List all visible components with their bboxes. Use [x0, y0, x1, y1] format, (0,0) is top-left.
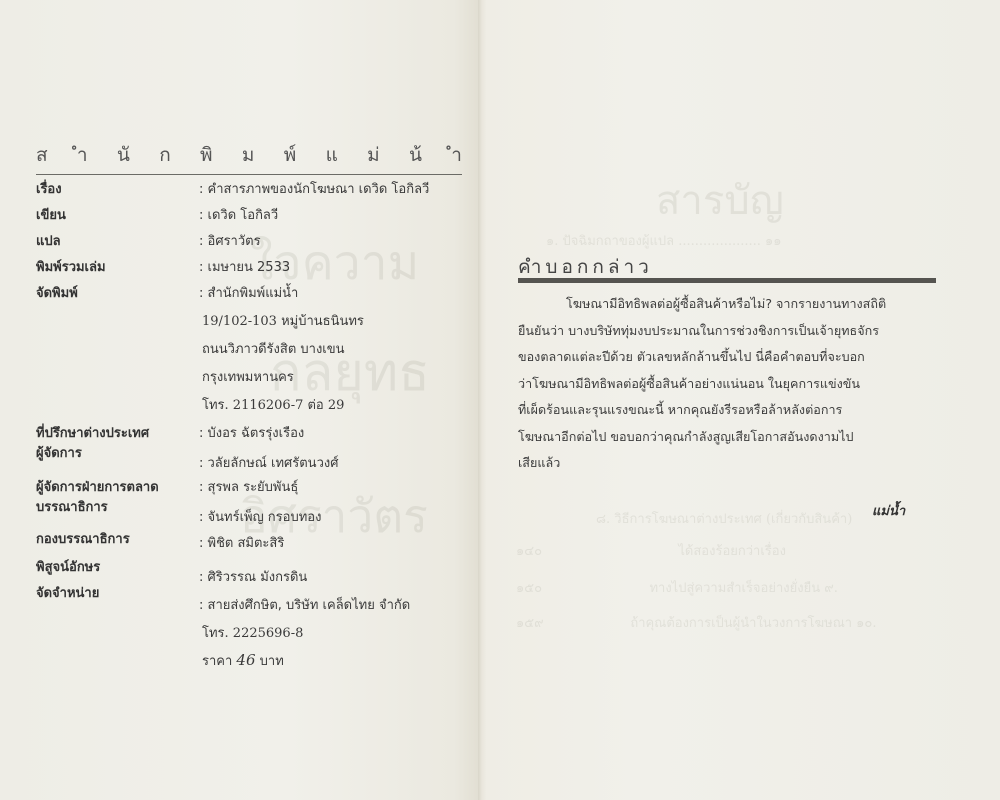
colophon-row-price: ราคา 46 บาท	[36, 650, 476, 676]
header-letter: ม	[242, 140, 255, 170]
colophon-label: ผู้จัดการฝ่ายการตลาด	[36, 476, 159, 497]
colophon-row-author: เขียน : เดวิด โอกิลวี	[36, 204, 476, 230]
address-line: กรุงเทพมหานคร	[202, 366, 294, 387]
colophon-label: พิสูจน์อักษร	[36, 556, 100, 577]
colophon-row-editor: บรรณาธิการ : จันทร์เพ็ญ กรอบทอง	[36, 496, 476, 522]
header-letter: น้	[409, 140, 422, 170]
header-letter: ำ	[451, 140, 462, 170]
phone-number: โทร. 2116206-7 ต่อ 29	[202, 394, 344, 415]
signature: แม่น้ำ	[872, 500, 905, 521]
price-prefix: ราคา	[202, 654, 232, 669]
colophon-label: บรรณาธิการ	[36, 496, 108, 517]
show-through-text: ๑. ปัจฉิมกถาของผู้แปล ..................…	[546, 230, 782, 251]
colophon-row-translator: แปล : อิศราวัตร	[36, 230, 476, 256]
colophon-value: : คำสารภาพของนักโฆษณา เดวิด โอกิลวี	[199, 178, 429, 199]
colophon-row-phone-2: โทร. 2225696-8	[36, 622, 476, 648]
colophon-value: : บังอร ฉัตรรุ่งเรือง	[199, 422, 304, 443]
colophon-label: เขียน	[36, 204, 66, 225]
colophon-value: : พิชิต สมิตะสิริ	[199, 532, 284, 553]
publisher-header: ส ำ นั ก พิ ม พ์ แ ม่ น้ ำ	[36, 140, 462, 175]
colophon-value: : อิศราวัตร	[199, 230, 261, 251]
address-line: ถนนวิภาวดีรังสิต บางเขน	[202, 338, 345, 359]
phone-number: โทร. 2225696-8	[202, 622, 303, 643]
colophon-row-address-3: กรุงเทพมหานคร	[36, 366, 476, 392]
body-line: เสียแล้ว	[518, 450, 938, 477]
header-letter: ส	[36, 140, 48, 170]
colophon-value: : สายส่งศึกษิต, บริษัท เคล็ดไทย จำกัด	[199, 594, 410, 615]
header-letter: นั	[117, 140, 130, 170]
header-letter: พิ	[200, 140, 213, 170]
price-unit: บาท	[260, 654, 284, 669]
colophon-value: : สุรพล ระยับพันธุ์	[199, 476, 298, 497]
colophon-label: ผู้จัดการ	[36, 442, 82, 463]
body-line: โฆษณาอีกต่อไป ขอบอกว่าคุณกำลังสูญเสียโอก…	[518, 424, 938, 451]
colophon-label: เรื่อง	[36, 178, 62, 199]
colophon-row-print-date: พิมพ์รวมเล่ม : เมษายน 2533	[36, 256, 476, 282]
show-through-text: ๑๔๐ ได้สองร้อยกว่าเรื่อง	[516, 540, 786, 561]
price: ราคา 46 บาท	[202, 650, 284, 671]
show-through-text: ๑๕๐ ทางไปสู่ความสำเร็จอย่างยั่งยืน ๙.	[516, 577, 838, 598]
header-letter: ม่	[367, 140, 380, 170]
colophon-row-editorial-staff: กองบรรณาธิการ : พิชิต สมิตะสิริ	[36, 528, 476, 554]
body-line: ว่าโฆษณามีอิทธิพลต่อผู้ซื้อสินค้าอย่างแน…	[518, 371, 938, 398]
colophon-value: : วลัยลักษณ์ เทศรัตนวงศ์	[199, 452, 338, 473]
colophon-row-address-1: 19/102-103 หมู่บ้านธนินทร	[36, 310, 476, 336]
header-letter: แ	[326, 140, 338, 170]
body-line: ยืนยันว่า บางบริษัททุ่มงบประมาณในการช่วง…	[518, 318, 938, 345]
colophon-row-publisher: จัดพิมพ์ : สำนักพิมพ์แม่น้ำ	[36, 282, 476, 308]
colophon-value: : เดวิด โอกิลวี	[199, 204, 278, 225]
body-line: โฆษณามีอิทธิพลต่อผู้ซื้อสินค้าหรือไม่? จ…	[518, 291, 938, 318]
address-line: 19/102-103 หมู่บ้านธนินทร	[202, 310, 364, 331]
colophon-label: พิมพ์รวมเล่ม	[36, 256, 106, 277]
colophon-row-distributor: จัดจำหน่าย : สายส่งศึกษิต, บริษัท เคล็ดไ…	[36, 582, 476, 608]
colophon-row-proofreader: พิสูจน์อักษร : ศิริวรรณ มังกรดิน	[36, 556, 476, 582]
price-amount: 46	[236, 651, 255, 669]
colophon-row-manager: ผู้จัดการ : วลัยลักษณ์ เทศรัตนวงศ์	[36, 442, 476, 468]
colophon-value: : สำนักพิมพ์แม่น้ำ	[199, 282, 298, 303]
colophon-row-title: เรื่อง : คำสารภาพของนักโฆษณา เดวิด โอกิล…	[36, 178, 476, 204]
foreword-body: โฆษณามีอิทธิพลต่อผู้ซื้อสินค้าหรือไม่? จ…	[518, 291, 938, 477]
body-line: ที่เผ็ดร้อนและรุนแรงขณะนี้ หากคุณยังรีรอ…	[518, 397, 938, 424]
title-underline	[518, 278, 936, 283]
colophon-row-address-2: ถนนวิภาวดีรังสิต บางเขน	[36, 338, 476, 364]
colophon-label: แปล	[36, 230, 61, 251]
show-through-text: ๘. วิธีการโฆษณาต่างประเทศ (เกี่ยวกับสินค…	[596, 508, 852, 529]
colophon-label: จัดพิมพ์	[36, 282, 78, 303]
colophon-label: กองบรรณาธิการ	[36, 528, 130, 549]
colophon-label: จัดจำหน่าย	[36, 582, 99, 603]
colophon-row-phone-1: โทร. 2116206-7 ต่อ 29	[36, 394, 476, 420]
show-through-text: สารบัญ	[656, 168, 784, 232]
header-letter: ำ	[77, 140, 88, 170]
colophon-value: : เมษายน 2533	[199, 256, 290, 277]
show-through-text: ๑๕๙ ถ้าคุณต้องการเป็นผู้นำในวงการโฆษณา ๑…	[516, 612, 877, 633]
header-letter: พ์	[284, 140, 297, 170]
colophon-value: : จันทร์เพ็ญ กรอบทอง	[199, 506, 321, 527]
book-spine	[478, 0, 486, 800]
header-letter: ก	[159, 140, 171, 170]
colophon-label: ที่ปรึกษาต่างประเทศ	[36, 422, 149, 443]
body-line: ของตลาดแต่ละปีด้วย ตัวเลขหลักล้านขึ้นไป …	[518, 344, 938, 371]
